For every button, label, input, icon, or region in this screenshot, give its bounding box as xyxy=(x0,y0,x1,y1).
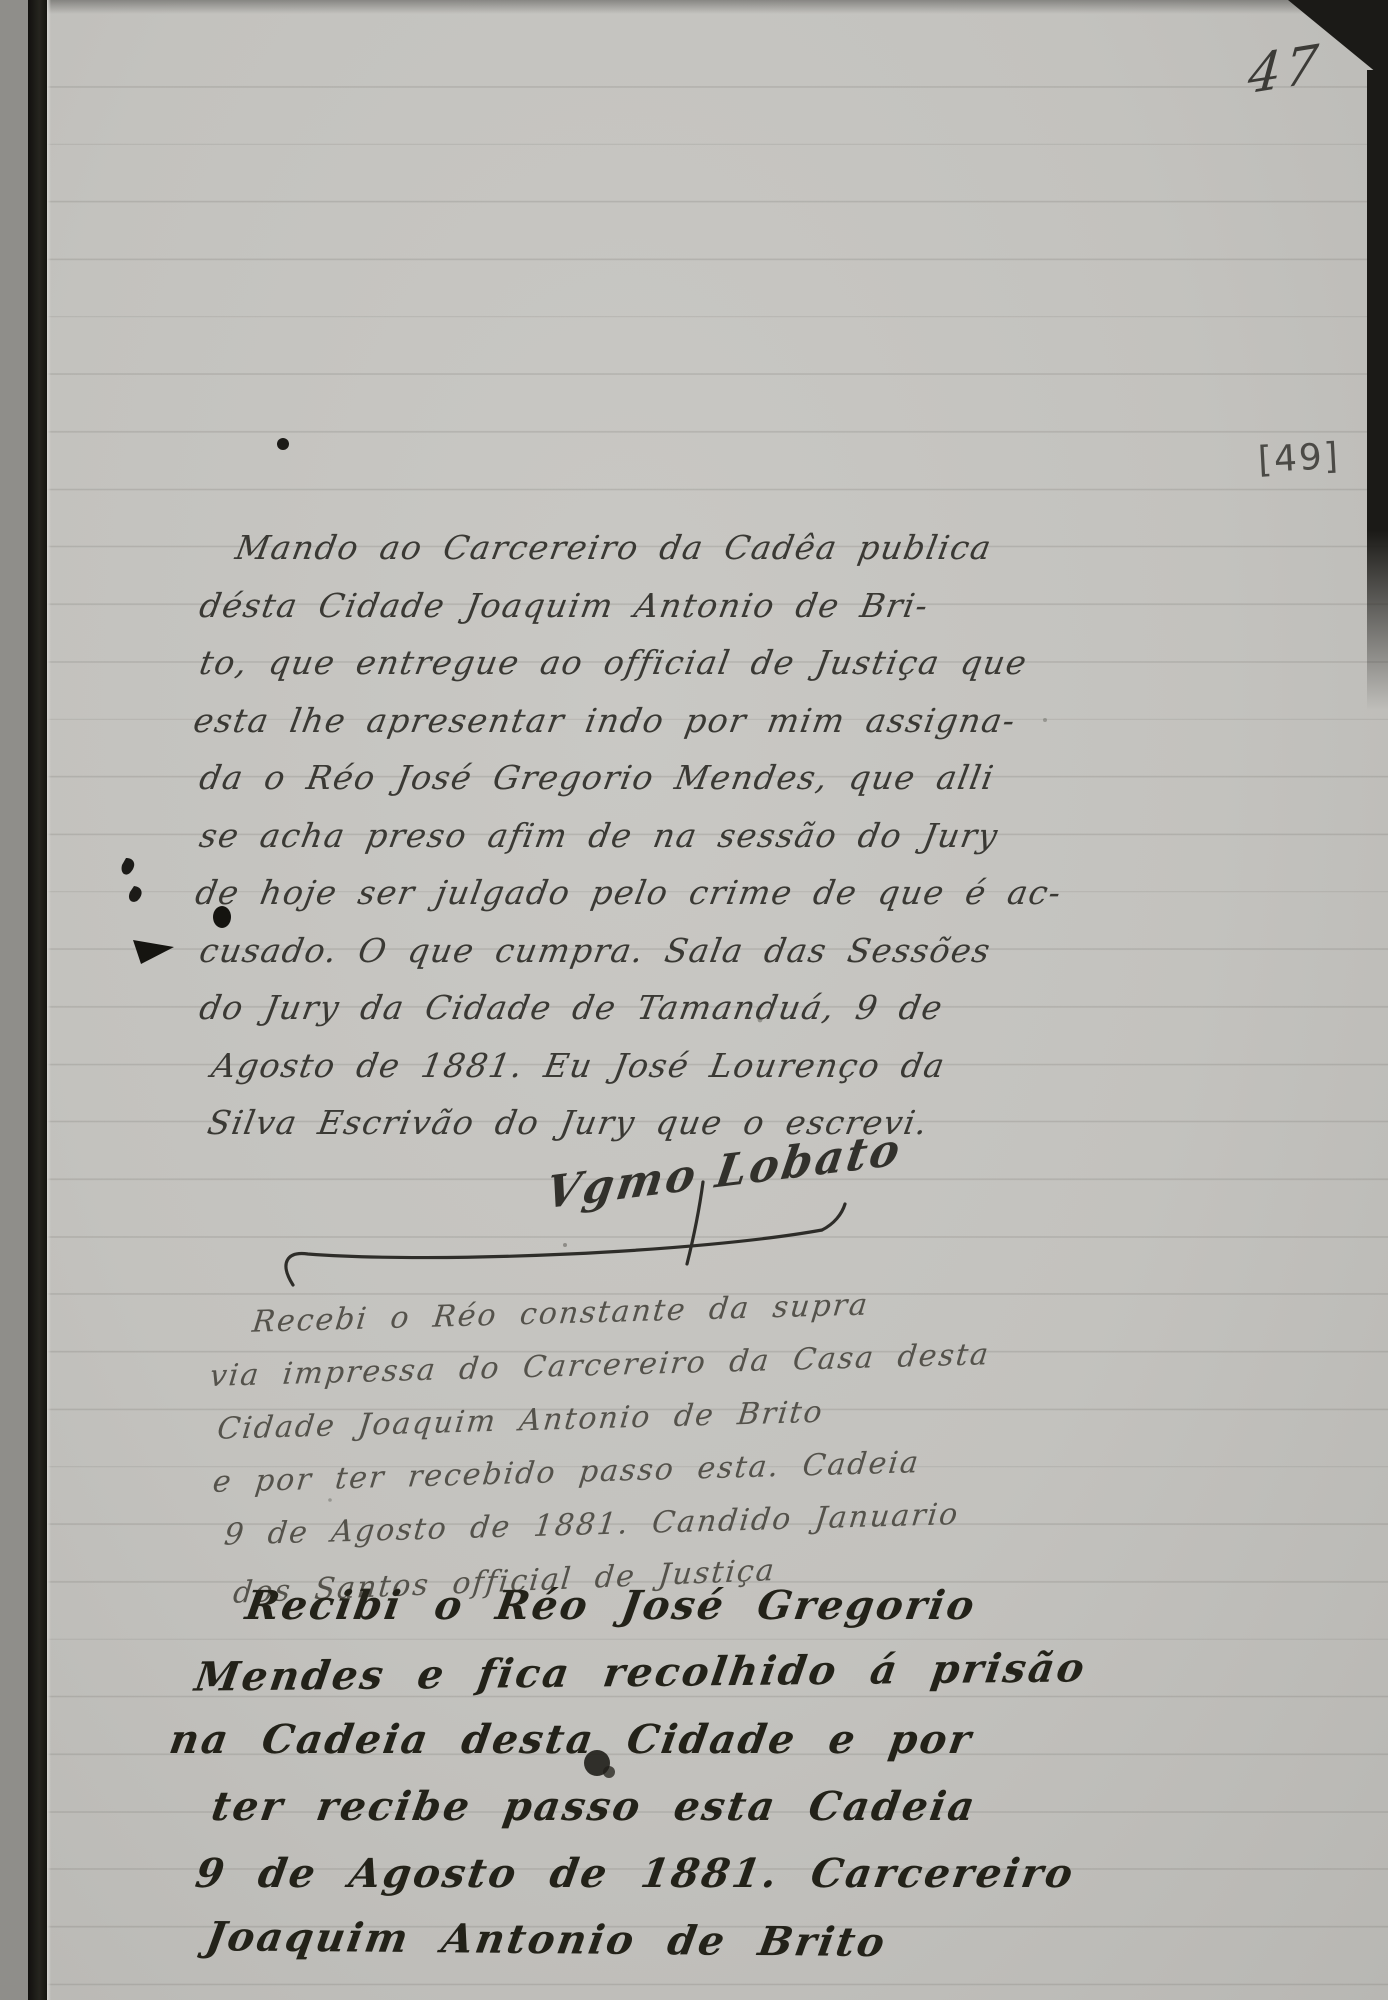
previous-page-edge xyxy=(0,0,28,2000)
page-edge-highlight xyxy=(47,0,51,2000)
court-order-paragraph: Mando ao Carcereiro da Cadêa publica dés… xyxy=(200,519,1062,1152)
manuscript-line: esta lhe apresentar indo por mim assigna… xyxy=(189,692,1067,750)
manuscript-line: 9 de Agosto de 1881. Carcereiro xyxy=(191,1840,1091,1907)
manuscript-line: Recibi o Réo José Gregorio xyxy=(241,1572,1091,1639)
archival-margin-number: [49] xyxy=(1257,436,1341,481)
officer-receipt-paragraph: Recebi o Réo constante da supra via impr… xyxy=(208,1275,997,1615)
manuscript-line: ter recibe passo esta Cadeia xyxy=(207,1773,1091,1840)
jailer-receipt-paragraph: Recibi o Réo José Gregorio Mendes e fica… xyxy=(196,1572,1085,1974)
manuscript-line: se acha preso afim de na sessão do Jury xyxy=(195,807,1067,865)
manuscript-line: Silva Escrivão do Jury que o escrevi. xyxy=(203,1094,1067,1152)
folio-number: 47 xyxy=(1246,33,1325,106)
book-binding-gutter xyxy=(28,0,47,2000)
manuscript-line: Mendes e fica recolhido á prisão xyxy=(190,1634,1091,1710)
manuscript-line: Joaquim Antonio de Brito xyxy=(201,1903,1090,1978)
manuscript-line: cusado. O que cumpra. Sala das Sessões xyxy=(195,922,1067,980)
manuscript-line: na Cadeia desta Cidade e por xyxy=(165,1706,1091,1773)
manuscript-line: do Jury da Cidade de Tamanduá, 9 de xyxy=(195,979,1067,1037)
manuscript-line: Mando ao Carcereiro da Cadêa publica xyxy=(231,519,1067,577)
manuscript-line: Agosto de 1881. Eu José Lourenço da xyxy=(207,1037,1067,1095)
right-edge-shadow xyxy=(1367,70,1388,710)
page-top-shadow xyxy=(0,0,1388,14)
manuscript-line: da o Réo José Gregorio Mendes, que alli xyxy=(195,749,1067,807)
manuscript-line: de hoje ser julgado pelo crime de que é … xyxy=(191,864,1067,922)
manuscript-line: to, que entregue ao official de Justiça … xyxy=(195,634,1067,692)
scanned-manuscript-page: 47 [49] Mando ao Carcereiro da Cadêa pub… xyxy=(0,0,1388,2000)
manuscript-line: désta Cidade Joaquim Antonio de Bri- xyxy=(195,577,1067,635)
